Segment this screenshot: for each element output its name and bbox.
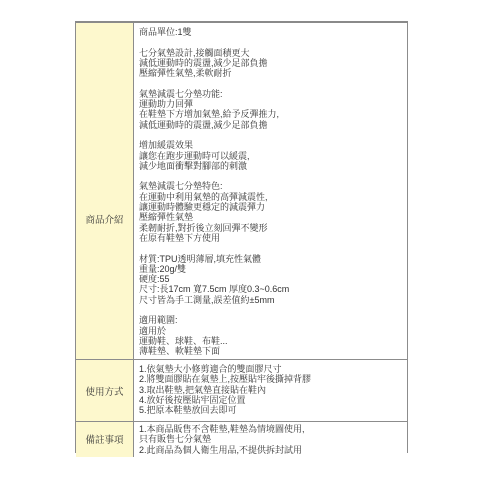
row-content-usage: 1.依氣墊大小修剪適合的雙面膠尺寸 2.將雙面膠貼在氣墊上,按壓貼牢後撕掉背膠 … [134,360,407,421]
table-row-usage: 使用方式 1.依氣墊大小修剪適合的雙面膠尺寸 2.將雙面膠貼在氣墊上,按壓貼牢後… [76,359,407,421]
page-canvas: 商品介紹 商品單位:1雙 七分氣墊設計,接觸面積更大 減低運動時的震盪,減少足部… [0,0,480,480]
row-label-text: 商品介紹 [85,212,123,226]
row-content-notes: 1.本商品販售不含鞋墊,鞋墊為情境圖使用, 只有販售七分氣墊 2.此商品為個人衛… [134,422,407,457]
table-row-product-intro: 商品介紹 商品單位:1雙 七分氣墊設計,接觸面積更大 減低運動時的震盪,減少足部… [76,23,407,359]
row-label-usage: 使用方式 [76,360,134,421]
table-row-notes: 備註事項 1.本商品販售不含鞋墊,鞋墊為情境圖使用, 只有販售七分氣墊 2.此商… [76,421,407,457]
row-content-product-intro: 商品單位:1雙 七分氣墊設計,接觸面積更大 減低運動時的震盪,減少足部負擔 壓縮… [134,23,407,359]
row-label-product-intro: 商品介紹 [76,23,134,359]
row-label-notes: 備註事項 [76,422,134,457]
product-info-table: 商品介紹 商品單位:1雙 七分氣墊設計,接觸面積更大 減低運動時的震盪,減少足部… [75,21,408,453]
row-label-text: 備註事項 [85,432,123,446]
row-label-text: 使用方式 [85,384,123,398]
